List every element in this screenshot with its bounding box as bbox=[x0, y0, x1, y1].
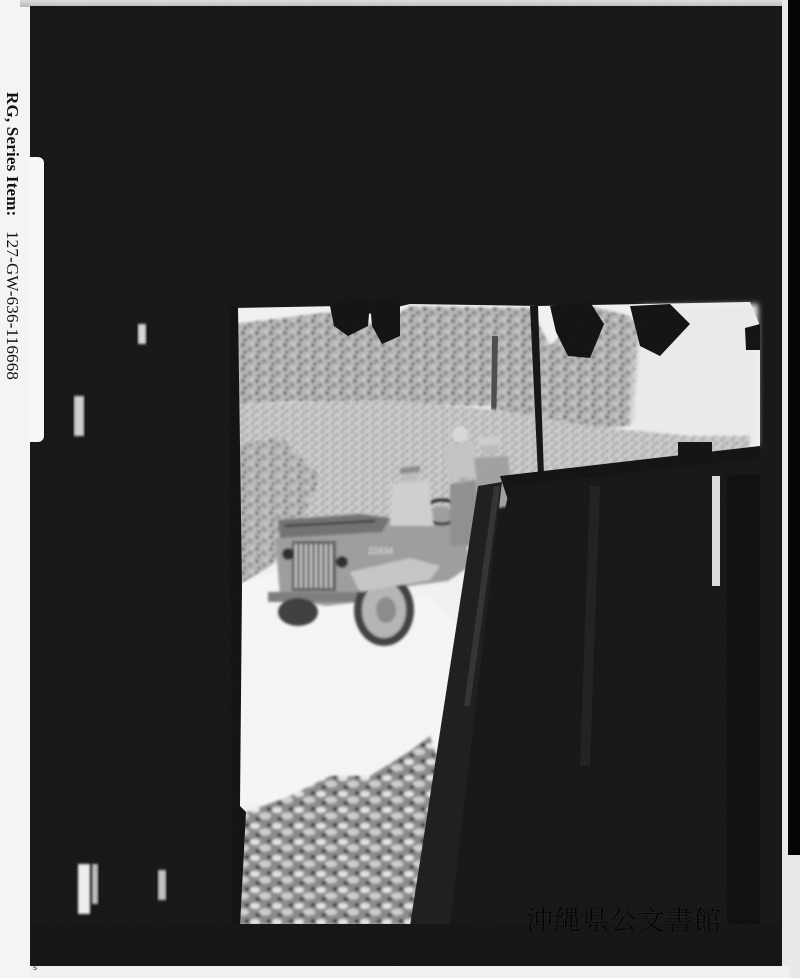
archival-photograph: 22434 bbox=[30, 6, 782, 968]
label-tab bbox=[28, 157, 44, 442]
record-label-field: RG, Series Item: bbox=[3, 92, 22, 217]
record-item-id: 127-GW-636-116668 bbox=[3, 231, 22, 380]
scan-edge-bar bbox=[788, 0, 800, 855]
corner-mark: s bbox=[33, 963, 37, 972]
photo-scene: 22434 bbox=[30, 6, 782, 968]
photo-bottom-edge bbox=[30, 966, 790, 978]
record-label: RG, Series Item: 127-GW-636-116668 bbox=[2, 92, 22, 380]
archive-watermark: 沖縄県公文書館 bbox=[526, 899, 722, 938]
